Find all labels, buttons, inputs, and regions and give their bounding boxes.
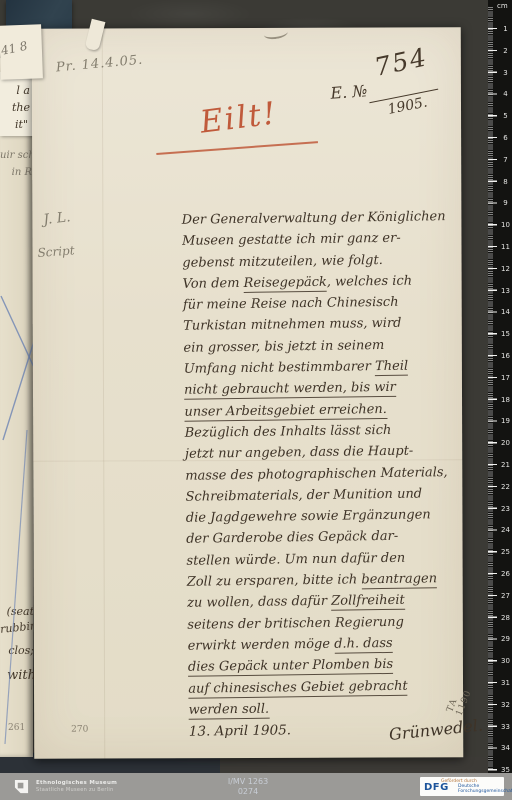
letter-signature: Grünwedel. [388, 716, 484, 744]
file-number-group: E. № 754 1905. [328, 47, 451, 121]
paper-tab: 41 8 [0, 24, 43, 79]
ruler-number: 20 [499, 439, 512, 447]
letter-closing-row: 13. April 1905. Grünwedel. [189, 720, 487, 743]
file-number-prefix: E. № [330, 81, 368, 103]
ruler-number: 32 [499, 701, 512, 709]
ruler-number: 13 [499, 287, 512, 295]
museum-sub-name: Staatliche Museen zu Berlin [36, 787, 114, 793]
ruler-number: 18 [499, 396, 512, 404]
dfg-org-name: Deutsche Forschungsgemeinschaft [458, 784, 512, 794]
ruler-number: 21 [499, 461, 512, 469]
ruler-number: 22 [499, 483, 512, 491]
ruler-number: 2 [499, 47, 512, 55]
urgent-note-underline [156, 141, 318, 155]
footer-bar: Ethnologisches Museum Staatliche Museen … [0, 773, 512, 800]
ruler-number: 25 [499, 548, 512, 556]
ruler-number: 10 [499, 221, 512, 229]
prev-page-fragment: clos; [0, 644, 34, 657]
prev-page-fragment: l a [0, 84, 30, 97]
document-identifier: I/MV 1263 0274 [198, 777, 298, 796]
ruler-number: 5 [499, 112, 512, 120]
ruler-ticks-major [488, 28, 497, 771]
ruler-unit-label: cm [497, 2, 508, 10]
pencil-date-note: Pr. 14.4.05. [55, 53, 144, 76]
prev-page-fragment: it" [0, 118, 28, 131]
dfg-acronym: DFG [424, 782, 449, 793]
prev-page-fragment: with [0, 668, 36, 683]
smb-logo-icon [14, 779, 29, 794]
ruler-number: 4 [499, 90, 512, 98]
ruler-number: 3 [499, 69, 512, 77]
main-page: Pr. 14.4.05. E. № 754 1905. Eilt! J. L. … [32, 27, 464, 758]
dfg-logo-box: Gefördert durch DFG Deutsche Forschungsg… [420, 777, 504, 796]
ruler-number: 9 [499, 199, 512, 207]
ruler-number: 7 [499, 156, 512, 164]
prev-page-fragment: (seat [0, 605, 34, 618]
bottom-band [0, 757, 512, 773]
document-image-number: 0274 [198, 787, 298, 797]
paper-tab-number: 41 8 [0, 39, 29, 58]
ruler-number: 12 [499, 265, 512, 273]
letter-body: Der Generalverwaltung der KöniglichenMus… [182, 206, 487, 743]
ruler-number: 14 [499, 308, 512, 316]
ruler-number: 16 [499, 352, 512, 360]
letter-line: Der Generalverwaltung der Königlichen [182, 206, 480, 231]
ruler-number: 1 [499, 25, 512, 33]
prev-page-number: 261 [8, 723, 28, 733]
ruler-number: 27 [499, 592, 512, 600]
ruler-number: 26 [499, 570, 512, 578]
pencil-check-squiggle [263, 26, 288, 40]
ruler-number: 6 [499, 134, 512, 142]
prev-page-fragment: uir schl [0, 150, 32, 161]
ruler-number: 17 [499, 374, 512, 382]
document-scan: l a the it" uir schl in R (seat rubbing … [0, 0, 512, 800]
letter-line: werden soll. [188, 695, 486, 720]
margin-note-initials: J. L. [43, 209, 72, 228]
page-crease [102, 29, 106, 759]
ruler-number: 8 [499, 178, 512, 186]
museum-name: Ethnologisches Museum [36, 780, 117, 786]
ruler-number: 29 [499, 635, 512, 643]
ruler-number: 24 [499, 526, 512, 534]
ruler-number: 31 [499, 679, 512, 687]
letter-lines: Der Generalverwaltung der KöniglichenMus… [182, 206, 487, 721]
document-shelfmark: I/MV 1263 [198, 777, 298, 787]
ruler-number: 23 [499, 505, 512, 513]
ruler-number: 34 [499, 744, 512, 752]
ruler-number: 33 [499, 723, 512, 731]
margin-note-script: Script [37, 243, 75, 260]
ruler-number: 30 [499, 657, 512, 665]
file-number-value: 754 [372, 42, 431, 82]
ruler-number: 15 [499, 330, 512, 338]
ruler-number: 28 [499, 614, 512, 622]
ruler-number: 19 [499, 417, 512, 425]
letter-date: 13. April 1905. [189, 722, 291, 739]
prev-page-fragment: in R [0, 167, 32, 178]
urgent-note: Eilt! [198, 95, 279, 140]
ruler: cm 1234567891011121314151617181920212223… [488, 0, 512, 773]
letter-line: masse des photographischen Materials, [185, 461, 483, 486]
page-number: 270 [71, 725, 88, 735]
ruler-number: 11 [499, 243, 512, 251]
prev-page-fragment: the [0, 101, 30, 114]
